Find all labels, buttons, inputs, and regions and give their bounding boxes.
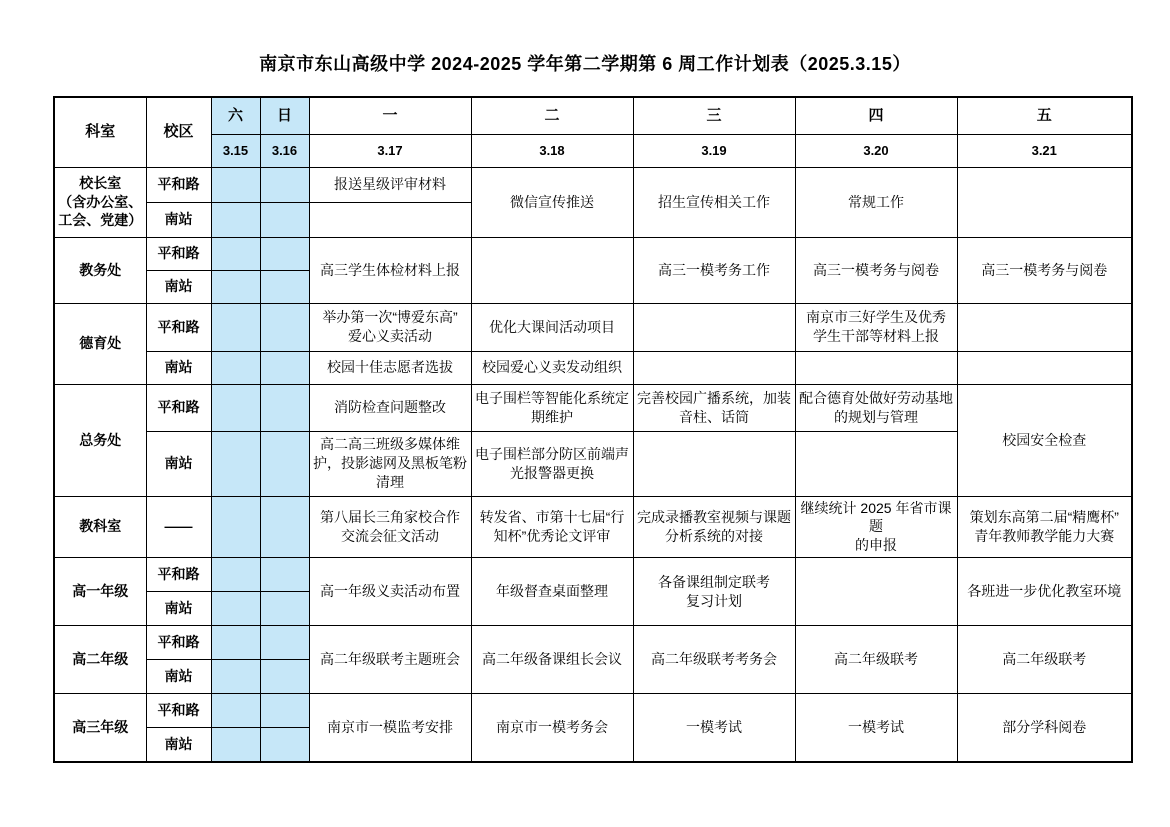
- cell-campus: 南站: [146, 351, 211, 384]
- cell-task: 校园安全检查: [957, 384, 1132, 496]
- cell-task: 消防检查问题整改: [309, 384, 471, 431]
- cell-weekend: [211, 384, 260, 431]
- cell-weekend: [260, 384, 309, 431]
- work-plan-table-body: 科室校区六日一二三四五3.153.163.173.183.193.203.21校…: [54, 97, 1132, 762]
- cell-weekend-date: 3.16: [260, 134, 309, 167]
- table-row: 高二年级平和路高二年级联考主题班会高二年级备课组长会议高二年级联考考务会高二年级…: [54, 626, 1132, 660]
- cell-dept: 教务处: [54, 237, 146, 303]
- cell-weekend: [211, 592, 260, 626]
- cell-day-head: 一: [309, 97, 471, 134]
- cell-task: 高三一模考务与阅卷: [957, 237, 1132, 303]
- cell-campus: 平和路: [146, 626, 211, 660]
- cell-task: 报送星级评审材料: [309, 167, 471, 202]
- cell-weekend-date: 3.15: [211, 134, 260, 167]
- cell-task: 高二年级联考: [795, 626, 957, 694]
- cell-date: 3.21: [957, 134, 1132, 167]
- cell-task: 常规工作: [795, 167, 957, 237]
- cell-campus: 平和路: [146, 303, 211, 351]
- cell-task: 优化大课间活动项目: [471, 303, 633, 351]
- cell-weekend: [260, 351, 309, 384]
- cell-weekend-head: 日: [260, 97, 309, 134]
- cell-task: 各备课组制定联考 复习计划: [633, 558, 795, 626]
- document-page: 南京市东山高级中学 2024-2025 学年第二学期第 6 周工作计划表（202…: [0, 0, 1170, 827]
- cell-weekend: [260, 237, 309, 270]
- cell-task: 举办第一次“博爱东高” 爱心义卖活动: [309, 303, 471, 351]
- cell-campus: 南站: [146, 431, 211, 496]
- table-row: 教科室——第八届长三角家校合作 交流会征文活动转发省、市第十七届“行 知杯”优秀…: [54, 496, 1132, 558]
- cell-campus: 平和路: [146, 237, 211, 270]
- work-plan-table: 科室校区六日一二三四五3.153.163.173.183.193.203.21校…: [53, 96, 1133, 763]
- cell-date: 3.20: [795, 134, 957, 167]
- cell-weekend: [211, 496, 260, 558]
- cell-task: [633, 351, 795, 384]
- cell-campus: ——: [146, 496, 211, 558]
- cell-dept: 高三年级: [54, 694, 146, 762]
- cell-task: 策划东高第二届“精鹰杯” 青年教师教学能力大赛: [957, 496, 1132, 558]
- cell-day-head: 三: [633, 97, 795, 134]
- cell-weekend: [260, 558, 309, 592]
- cell-day-head: 五: [957, 97, 1132, 134]
- cell-weekend: [211, 167, 260, 202]
- cell-task: [795, 558, 957, 626]
- cell-task: 高二年级联考考务会: [633, 626, 795, 694]
- cell-task: [471, 237, 633, 303]
- cell-task: 高一年级义卖活动布置: [309, 558, 471, 626]
- cell-task: 电子围栏等智能化系统定 期维护: [471, 384, 633, 431]
- cell-task: 高二高三班级多媒体维 护，投影滤网及黑板笔粉 清理: [309, 431, 471, 496]
- cell-weekend: [211, 303, 260, 351]
- page-title: 南京市东山高级中学 2024-2025 学年第二学期第 6 周工作计划表（202…: [0, 0, 1170, 76]
- cell-task: 一模考试: [633, 694, 795, 762]
- cell-corner: 校区: [146, 97, 211, 167]
- cell-day-head: 四: [795, 97, 957, 134]
- cell-weekend: [260, 431, 309, 496]
- cell-weekend: [211, 202, 260, 237]
- cell-task: 转发省、市第十七届“行 知杯”优秀论文评审: [471, 496, 633, 558]
- cell-task: 南京市三好学生及优秀 学生干部等材料上报: [795, 303, 957, 351]
- table-row: 南站校园十佳志愿者选拔校园爱心义卖发动组织: [54, 351, 1132, 384]
- cell-task: 电子围栏部分防区前端声 光报警器更换: [471, 431, 633, 496]
- table-row: 科室校区六日一二三四五: [54, 97, 1132, 134]
- cell-task: 配合德育处做好劳动基地 的规划与管理: [795, 384, 957, 431]
- table-row: 校长室 （含办公室、 工会、党建）平和路报送星级评审材料微信宣传推送招生宣传相关…: [54, 167, 1132, 202]
- table-row: 教务处平和路高三学生体检材料上报高三一模考务工作高三一模考务与阅卷高三一模考务与…: [54, 237, 1132, 270]
- cell-task: 南京市一模考务会: [471, 694, 633, 762]
- cell-weekend: [211, 431, 260, 496]
- cell-task: 校园爱心义卖发动组织: [471, 351, 633, 384]
- cell-campus: 南站: [146, 660, 211, 694]
- cell-dept: 校长室 （含办公室、 工会、党建）: [54, 167, 146, 237]
- cell-weekend: [211, 558, 260, 592]
- cell-day-head: 二: [471, 97, 633, 134]
- cell-task: 校园十佳志愿者选拔: [309, 351, 471, 384]
- cell-campus: 平和路: [146, 384, 211, 431]
- cell-weekend: [260, 303, 309, 351]
- cell-task: [957, 167, 1132, 237]
- cell-task: [795, 431, 957, 496]
- cell-dept: 高一年级: [54, 558, 146, 626]
- cell-campus: 南站: [146, 592, 211, 626]
- cell-task: 高三学生体检材料上报: [309, 237, 471, 303]
- cell-task: 一模考试: [795, 694, 957, 762]
- cell-weekend: [260, 694, 309, 728]
- cell-date: 3.18: [471, 134, 633, 167]
- cell-campus: 平和路: [146, 558, 211, 592]
- cell-date: 3.17: [309, 134, 471, 167]
- cell-weekend: [260, 167, 309, 202]
- cell-task: [957, 303, 1132, 351]
- cell-task: 高三一模考务工作: [633, 237, 795, 303]
- cell-dept: 高二年级: [54, 626, 146, 694]
- cell-weekend: [260, 202, 309, 237]
- cell-task: 第八届长三角家校合作 交流会征文活动: [309, 496, 471, 558]
- table-row: 3.153.163.173.183.193.203.21: [54, 134, 1132, 167]
- cell-task: 微信宣传推送: [471, 167, 633, 237]
- table-row: 高三年级平和路南京市一模监考安排南京市一模考务会一模考试一模考试部分学科阅卷: [54, 694, 1132, 728]
- cell-weekend-head: 六: [211, 97, 260, 134]
- cell-weekend: [211, 237, 260, 270]
- cell-task: 部分学科阅卷: [957, 694, 1132, 762]
- cell-dept: 教科室: [54, 496, 146, 558]
- cell-task: [795, 351, 957, 384]
- cell-task: [309, 202, 471, 237]
- cell-task: 各班进一步优化教室环境: [957, 558, 1132, 626]
- cell-campus: 平和路: [146, 694, 211, 728]
- cell-task: 完善校园广播系统，加装 音柱、话筒: [633, 384, 795, 431]
- table-row: 高一年级平和路高一年级义卖活动布置年级督查桌面整理各备课组制定联考 复习计划各班…: [54, 558, 1132, 592]
- cell-task: 完成录播教室视频与课题 分析系统的对接: [633, 496, 795, 558]
- cell-dept: 总务处: [54, 384, 146, 496]
- table-row: 总务处平和路消防检查问题整改电子围栏等智能化系统定 期维护完善校园广播系统，加装…: [54, 384, 1132, 431]
- cell-task: 招生宣传相关工作: [633, 167, 795, 237]
- cell-weekend: [260, 660, 309, 694]
- cell-weekend: [260, 626, 309, 660]
- cell-weekend: [260, 728, 309, 762]
- cell-task: 年级督查桌面整理: [471, 558, 633, 626]
- cell-campus: 平和路: [146, 167, 211, 202]
- cell-task: 高二年级联考主题班会: [309, 626, 471, 694]
- cell-task: 高二年级备课组长会议: [471, 626, 633, 694]
- cell-weekend: [211, 270, 260, 303]
- cell-task: [633, 303, 795, 351]
- cell-task: [633, 431, 795, 496]
- cell-weekend: [260, 496, 309, 558]
- cell-weekend: [260, 592, 309, 626]
- cell-task: 南京市一模监考安排: [309, 694, 471, 762]
- cell-weekend: [211, 728, 260, 762]
- cell-weekend: [211, 694, 260, 728]
- cell-campus: 南站: [146, 270, 211, 303]
- cell-weekend: [211, 351, 260, 384]
- cell-task: 高二年级联考: [957, 626, 1132, 694]
- cell-campus: 南站: [146, 202, 211, 237]
- cell-task: 继续统计 2025 年省市课题 的申报: [795, 496, 957, 558]
- cell-task: 高三一模考务与阅卷: [795, 237, 957, 303]
- table-row: 德育处平和路举办第一次“博爱东高” 爱心义卖活动优化大课间活动项目南京市三好学生…: [54, 303, 1132, 351]
- cell-weekend: [211, 626, 260, 660]
- cell-dept: 德育处: [54, 303, 146, 384]
- cell-weekend: [260, 270, 309, 303]
- cell-date: 3.19: [633, 134, 795, 167]
- cell-task: [957, 351, 1132, 384]
- cell-corner: 科室: [54, 97, 146, 167]
- cell-weekend: [211, 660, 260, 694]
- cell-campus: 南站: [146, 728, 211, 762]
